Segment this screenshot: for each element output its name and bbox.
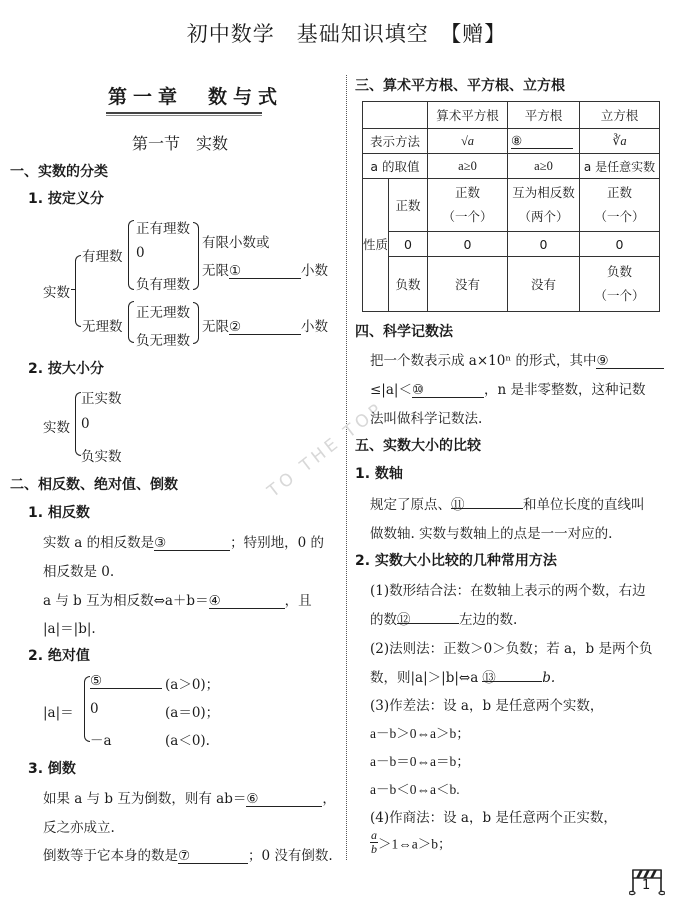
- abs-cond-3: (a＜0).: [165, 729, 210, 749]
- table-corner: [363, 102, 428, 129]
- rational-desc: 有限小数或: [202, 231, 270, 251]
- brace-rational-right: [193, 222, 199, 290]
- heading-roots: 三、算术平方根、平方根、立方根: [355, 75, 565, 95]
- section-title: 第一节 实数: [132, 131, 228, 154]
- opposite-line-2: 相反数是 0.: [43, 560, 114, 580]
- blank-number: ③: [154, 535, 166, 551]
- chapter-underline: [106, 112, 262, 116]
- sci-line-3: 法叫做科学记数法.: [370, 407, 482, 427]
- text: 倒数等于它本身的数是: [43, 848, 178, 864]
- method-3-line-1: (3)作差法：设 a，b 是任意两个实数，: [370, 694, 603, 714]
- cell-domain: a≥0: [428, 154, 508, 179]
- label-infinite: 无限: [202, 263, 229, 279]
- abs-cond-1: (a＞0)；: [165, 673, 219, 693]
- text: 实数 a 的相反数是: [43, 535, 154, 551]
- text: ≤|a|＜: [370, 382, 412, 398]
- table-row: a 的取值 a≥0 a≥0 a 是任意实数: [363, 154, 660, 179]
- reciprocal-line-2: 反之亦成立.: [43, 816, 115, 836]
- method-3-rule: a－b＝0⇔a＝b；: [370, 750, 470, 770]
- text: ；0 没有倒数.: [248, 848, 333, 864]
- row-label-domain: a 的取值: [363, 154, 428, 179]
- irrational-item: 正无理数: [136, 301, 190, 321]
- method-1-line-2: 的数⑫左边的数.: [370, 608, 517, 628]
- method-1-line-1: (1)数形结合法：在数轴上表示的两个数，右边: [370, 579, 646, 599]
- size-item: 负实数: [81, 445, 122, 465]
- rational-item: 正有理数: [136, 217, 190, 237]
- text: 和单位长度的直线叫: [523, 497, 645, 513]
- method-2-line-2: 数，则|a|＞|b|⇔a⑬b.: [370, 666, 555, 686]
- table-header-row: 算术平方根 平方根 立方根: [363, 102, 660, 129]
- blank-9[interactable]: ⑨: [596, 353, 664, 369]
- brace-rational: [128, 220, 134, 290]
- method-3-rule: a－b＜0⇔a＜b.: [370, 778, 460, 798]
- page-number: 1: [642, 878, 650, 893]
- cell-property: 正数（一个）: [428, 179, 508, 232]
- blank-number: ⑧: [511, 133, 522, 148]
- fraction: a b: [370, 829, 378, 856]
- cell-property: 0: [428, 232, 508, 257]
- irrational-desc: 无限②小数: [202, 315, 328, 335]
- label-decimal: 小数: [301, 319, 328, 335]
- text: 正数: [580, 181, 659, 205]
- blank-8[interactable]: ⑧: [511, 133, 573, 149]
- numerator: a: [370, 829, 378, 843]
- cell-property: 没有: [428, 257, 508, 312]
- blank-number: ⑬: [482, 670, 496, 686]
- text: 左边的数.: [459, 612, 517, 628]
- blank-number: ⑫: [397, 612, 411, 628]
- text: 如果 a 与 b 互为倒数，则有 ab＝: [43, 791, 246, 807]
- text: 互为相反数: [508, 181, 579, 205]
- cell-notation-blank: ⑧: [508, 129, 580, 154]
- tree-rational: 有理数: [82, 245, 123, 265]
- reciprocal-line-1: 如果 a 与 b 互为倒数，则有 ab＝⑥，: [43, 787, 336, 807]
- brace-root: [75, 255, 81, 327]
- cell-domain: a≥0: [508, 154, 580, 179]
- blank-7[interactable]: ⑦: [178, 848, 248, 864]
- blank-number: ①: [229, 263, 241, 279]
- heading-opposite-abs-reciprocal: 二、相反数、绝对值、倒数: [10, 474, 178, 494]
- blank-number: ⑨: [596, 353, 608, 369]
- sci-line-1: 把一个数表示成 a×10ⁿ 的形式，其中⑨: [370, 349, 664, 369]
- opposite-line-1: 实数 a 的相反数是③；特别地，0 的: [43, 531, 324, 551]
- blank-number: ⑥: [246, 791, 258, 807]
- heading-by-size: 2. 按大小分: [28, 358, 104, 378]
- column-divider: [346, 75, 347, 860]
- text: ，n 是非零整数，这种记数: [484, 382, 646, 398]
- text: 的数: [370, 612, 397, 628]
- row-label-property: 性质: [363, 179, 389, 312]
- cell-property: 0: [580, 232, 660, 257]
- table-row: 负数 没有 没有 负数（一个）: [363, 257, 660, 312]
- heading-opposite: 1. 相反数: [28, 502, 90, 522]
- reciprocal-line-3: 倒数等于它本身的数是⑦；0 没有倒数.: [43, 844, 333, 864]
- row-label-negative: 负数: [389, 257, 428, 312]
- text: 规定了原点、: [370, 497, 451, 513]
- text: ＞1⇔a＞b；: [378, 837, 452, 852]
- abs-cond-2: (a＝0)；: [165, 701, 219, 721]
- row-label-notation: 表示方法: [363, 129, 428, 154]
- numberline-line-1: 规定了原点、⑪和单位长度的直线叫: [370, 493, 645, 513]
- size-root: 实数: [43, 416, 70, 436]
- heading-compare: 五、实数大小的比较: [355, 435, 481, 455]
- text: 数，则|a|＞|b|⇔a: [370, 670, 478, 686]
- text: ，且: [285, 593, 312, 609]
- text: （一个）: [428, 205, 507, 229]
- method-2-line-1: (2)法则法：正数＞0＞负数；若 a，b 是两个负: [370, 637, 652, 657]
- abs-lhs: |a|＝: [43, 701, 74, 721]
- blank-5[interactable]: ⑤: [90, 673, 162, 689]
- heading-by-definition: 1. 按定义分: [28, 188, 104, 208]
- brace-tip: [71, 289, 75, 290]
- col-header-arith-sqrt: 算术平方根: [428, 102, 508, 129]
- tree-root: 实数: [43, 281, 70, 301]
- blank-number: ②: [229, 319, 241, 335]
- page-title: 初中数学 基础知识填空 【赠】: [0, 18, 693, 48]
- sci-line-2: ≤|a|＜⑩，n 是非零整数，这种记数: [370, 378, 645, 398]
- brace-irrational: [128, 301, 134, 343]
- label-infinite: 无限: [202, 319, 229, 335]
- table-row: 性质 正数 正数（一个） 互为相反数（两个） 正数（一个）: [363, 179, 660, 232]
- label-decimal: 小数: [301, 263, 328, 279]
- opposite-line-3: a 与 b 互为相反数⇔a＋b＝④，且: [43, 589, 312, 609]
- cell-property: 正数（一个）: [580, 179, 660, 232]
- blank-number: ⑩: [412, 382, 424, 398]
- text: a 与 b 互为相反数⇔a＋b＝: [43, 593, 209, 609]
- text: 正数: [428, 181, 507, 205]
- text: b.: [542, 670, 555, 686]
- text: （一个）: [580, 284, 659, 308]
- method-4-rule: a b ＞1⇔a＞b；: [370, 829, 452, 856]
- blank-2[interactable]: ②: [229, 319, 301, 335]
- tree-irrational: 无理数: [82, 315, 123, 335]
- table-row: 0 0 0 0: [363, 232, 660, 257]
- chapter-title: 第一章 数与式: [108, 82, 283, 109]
- blank-11[interactable]: ⑪: [451, 493, 523, 509]
- roots-table: 算术平方根 平方根 立方根 表示方法 √a ⑧ ∛a a 的取值 a≥0 a≥0…: [362, 101, 660, 312]
- numberline-line-2: 做数轴. 实数与数轴上的点是一一对应的.: [370, 522, 612, 542]
- text: 负数: [580, 260, 659, 284]
- blank-3[interactable]: ③: [154, 535, 230, 551]
- denominator: b: [370, 843, 378, 856]
- heading-compare-methods: 2. 实数大小比较的几种常用方法: [355, 550, 557, 570]
- rational-item: 0: [136, 245, 145, 261]
- cell-domain: a 是任意实数: [580, 154, 660, 179]
- row-label-positive: 正数: [389, 179, 428, 232]
- brace-irrational-right: [193, 302, 199, 344]
- blank-6[interactable]: ⑥: [246, 791, 322, 807]
- size-item: 正实数: [81, 387, 122, 407]
- text: （一个）: [580, 205, 659, 229]
- text: 把一个数表示成 a×10ⁿ 的形式，其中: [370, 353, 596, 369]
- heading-classification: 一、实数的分类: [10, 161, 108, 181]
- blank-13[interactable]: ⑬: [482, 666, 542, 682]
- cell-notation: √a: [428, 129, 508, 154]
- rational-item: 负有理数: [136, 273, 190, 293]
- cell-property: 没有: [508, 257, 580, 312]
- size-item: 0: [81, 416, 90, 432]
- heading-absolute-value: 2. 绝对值: [28, 645, 90, 665]
- col-header-sqrt: 平方根: [508, 102, 580, 129]
- cell-property: 0: [508, 232, 580, 257]
- heading-reciprocal: 3. 倒数: [28, 758, 76, 778]
- cell-property: 互为相反数（两个）: [508, 179, 580, 232]
- heading-scientific-notation: 四、科学记数法: [355, 321, 453, 341]
- page-number-badge: 1: [629, 866, 665, 896]
- table-row: 表示方法 √a ⑧ ∛a: [363, 129, 660, 154]
- text: ，: [322, 791, 336, 807]
- cell-property: 负数（一个）: [580, 257, 660, 312]
- text: （两个）: [508, 205, 579, 229]
- abs-case-2: 0: [90, 701, 99, 717]
- blank-number: ⑪: [451, 497, 465, 513]
- abs-case-1: ⑤: [90, 673, 162, 689]
- row-label-zero: 0: [389, 232, 428, 257]
- abs-case-3: －a: [90, 729, 112, 749]
- heading-number-line: 1. 数轴: [355, 463, 403, 483]
- blank-number: ⑦: [178, 848, 190, 864]
- blank-10[interactable]: ⑩: [412, 382, 484, 398]
- text: ；特别地，0 的: [230, 535, 324, 551]
- blank-number: ⑤: [90, 673, 102, 689]
- cell-notation: ∛a: [580, 129, 660, 154]
- method-3-rule: a－b＞0⇔a＞b；: [370, 722, 470, 742]
- method-4-line-1: (4)作商法：设 a，b 是任意两个正实数，: [370, 806, 617, 826]
- opposite-line-4: |a|＝|b|.: [43, 617, 96, 637]
- blank-4[interactable]: ④: [209, 593, 285, 609]
- rational-desc-blank-line: 无限①小数: [202, 259, 328, 279]
- blank-1[interactable]: ①: [229, 263, 301, 279]
- blank-12[interactable]: ⑫: [397, 608, 459, 624]
- blank-number: ④: [209, 593, 221, 609]
- col-header-cbrt: 立方根: [580, 102, 660, 129]
- irrational-item: 负无理数: [136, 329, 190, 349]
